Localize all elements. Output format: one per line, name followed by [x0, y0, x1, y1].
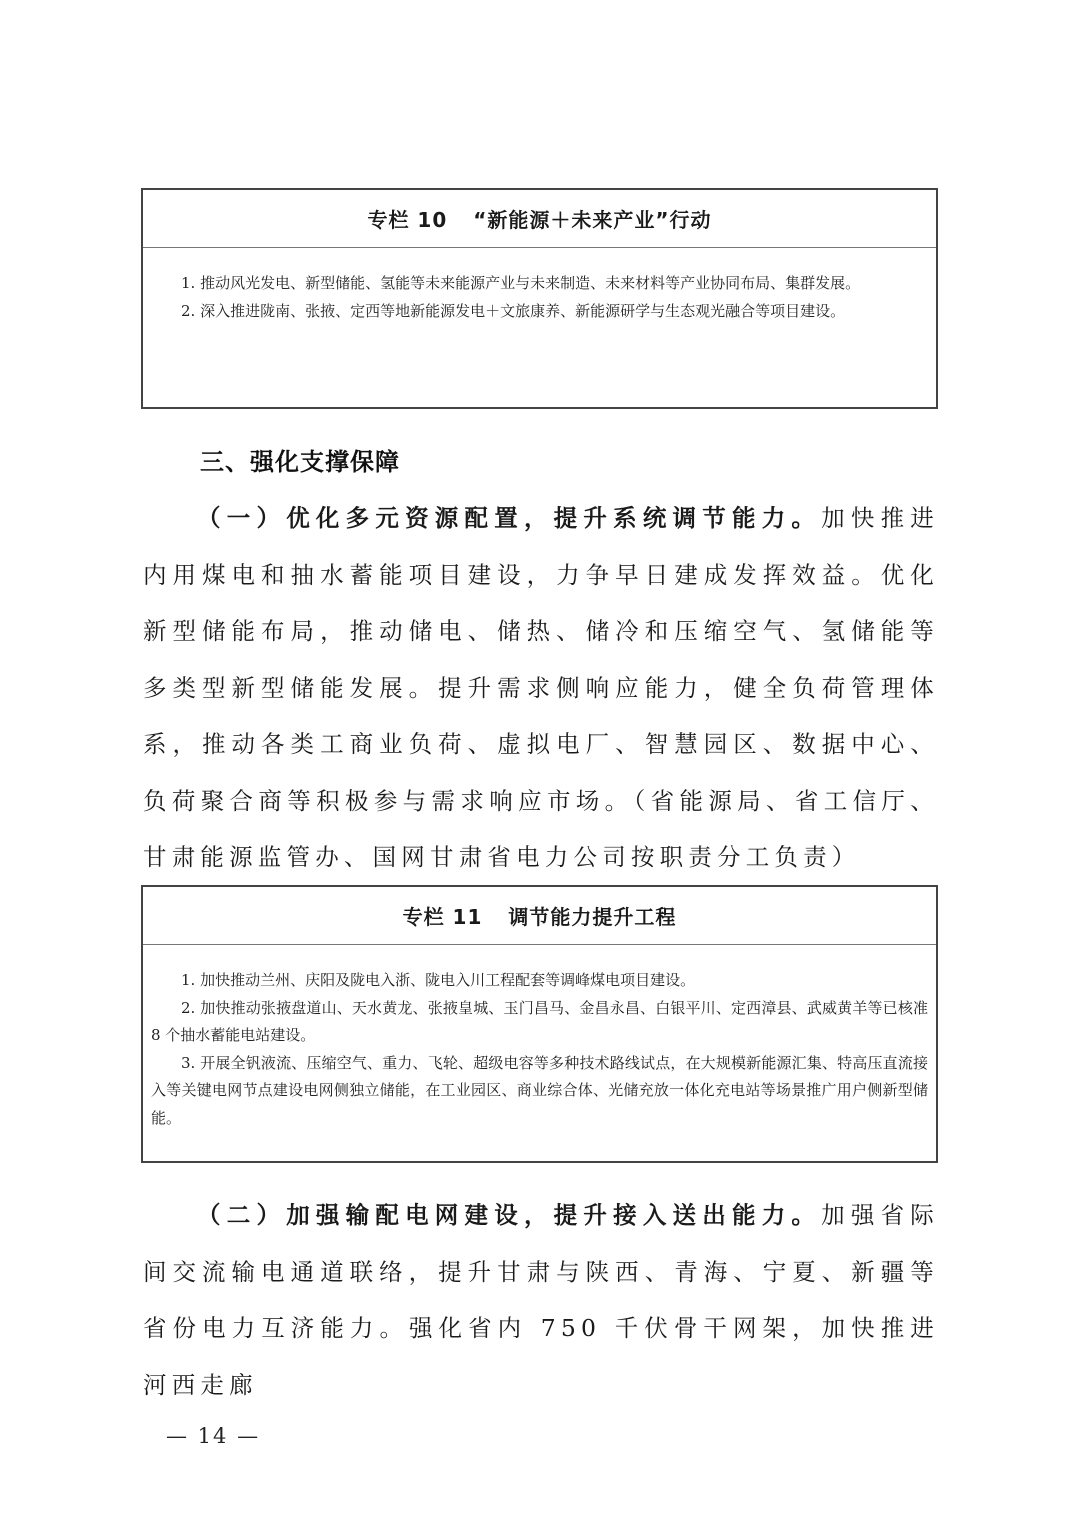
- paragraph-lead: （一）优化多元资源配置，提升系统调节能力。: [197, 504, 821, 532]
- column-item: 2. 深入推进陇南、张掖、定西等地新能源发电＋文旅康养、新能源研学与生态观光融合…: [151, 298, 928, 326]
- column-number: 专栏 11: [403, 901, 483, 930]
- column-box-title: 专栏 11 调节能力提升工程: [143, 887, 936, 945]
- column-box-body: 1. 加快推动兰州、庆阳及陇电入浙、陇电入川工程配套等调峰煤电项目建设。 2. …: [143, 945, 936, 1132]
- section-heading: 三、强化支撑保障: [200, 442, 400, 477]
- paragraph-lead: （二）加强输配电网建设，提升接入送出能力。: [197, 1201, 821, 1229]
- column-item: 2. 加快推动张掖盘道山、天水黄龙、张掖皇城、玉门昌马、金昌永昌、白银平川、定西…: [151, 995, 928, 1050]
- column-item: 1. 加快推动兰州、庆阳及陇电入浙、陇电入川工程配套等调峰煤电项目建设。: [151, 967, 928, 995]
- paragraph-body: 加强省际间交流输电通道联络，提升甘肃与陕西、青海、宁夏、新疆等省份电力互济能力。…: [143, 1201, 939, 1399]
- column-item: 3. 开展全钒液流、压缩空气、重力、飞轮、超级电容等多种技术路线试点，在大规模新…: [151, 1050, 928, 1133]
- column-box-title: 专栏 10 “新能源＋未来产业”行动: [143, 190, 936, 248]
- column-title: 调节能力提升工程: [508, 901, 676, 930]
- column-item: 1. 推动风光发电、新型储能、氢能等未来能源产业与未来制造、未来材料等产业协同布…: [151, 270, 928, 298]
- paragraph-1: （一）优化多元资源配置，提升系统调节能力。加快推进内用煤电和抽水蓄能项目建设，力…: [143, 490, 939, 886]
- page-number: — 14 —: [166, 1424, 260, 1448]
- column-number: 专栏 10: [367, 204, 447, 233]
- paragraph-2: （二）加强输配电网建设，提升接入送出能力。加强省际间交流输电通道联络，提升甘肃与…: [143, 1187, 939, 1413]
- column-box-11: 专栏 11 调节能力提升工程 1. 加快推动兰州、庆阳及陇电入浙、陇电入川工程配…: [141, 885, 938, 1163]
- column-box-body: 1. 推动风光发电、新型储能、氢能等未来能源产业与未来制造、未来材料等产业协同布…: [143, 248, 936, 325]
- column-title: “新能源＋未来产业”行动: [473, 204, 711, 233]
- column-box-10: 专栏 10 “新能源＋未来产业”行动 1. 推动风光发电、新型储能、氢能等未来能…: [141, 188, 938, 409]
- paragraph-body: 加快推进内用煤电和抽水蓄能项目建设，力争早日建成发挥效益。优化新型储能布局，推动…: [143, 504, 939, 871]
